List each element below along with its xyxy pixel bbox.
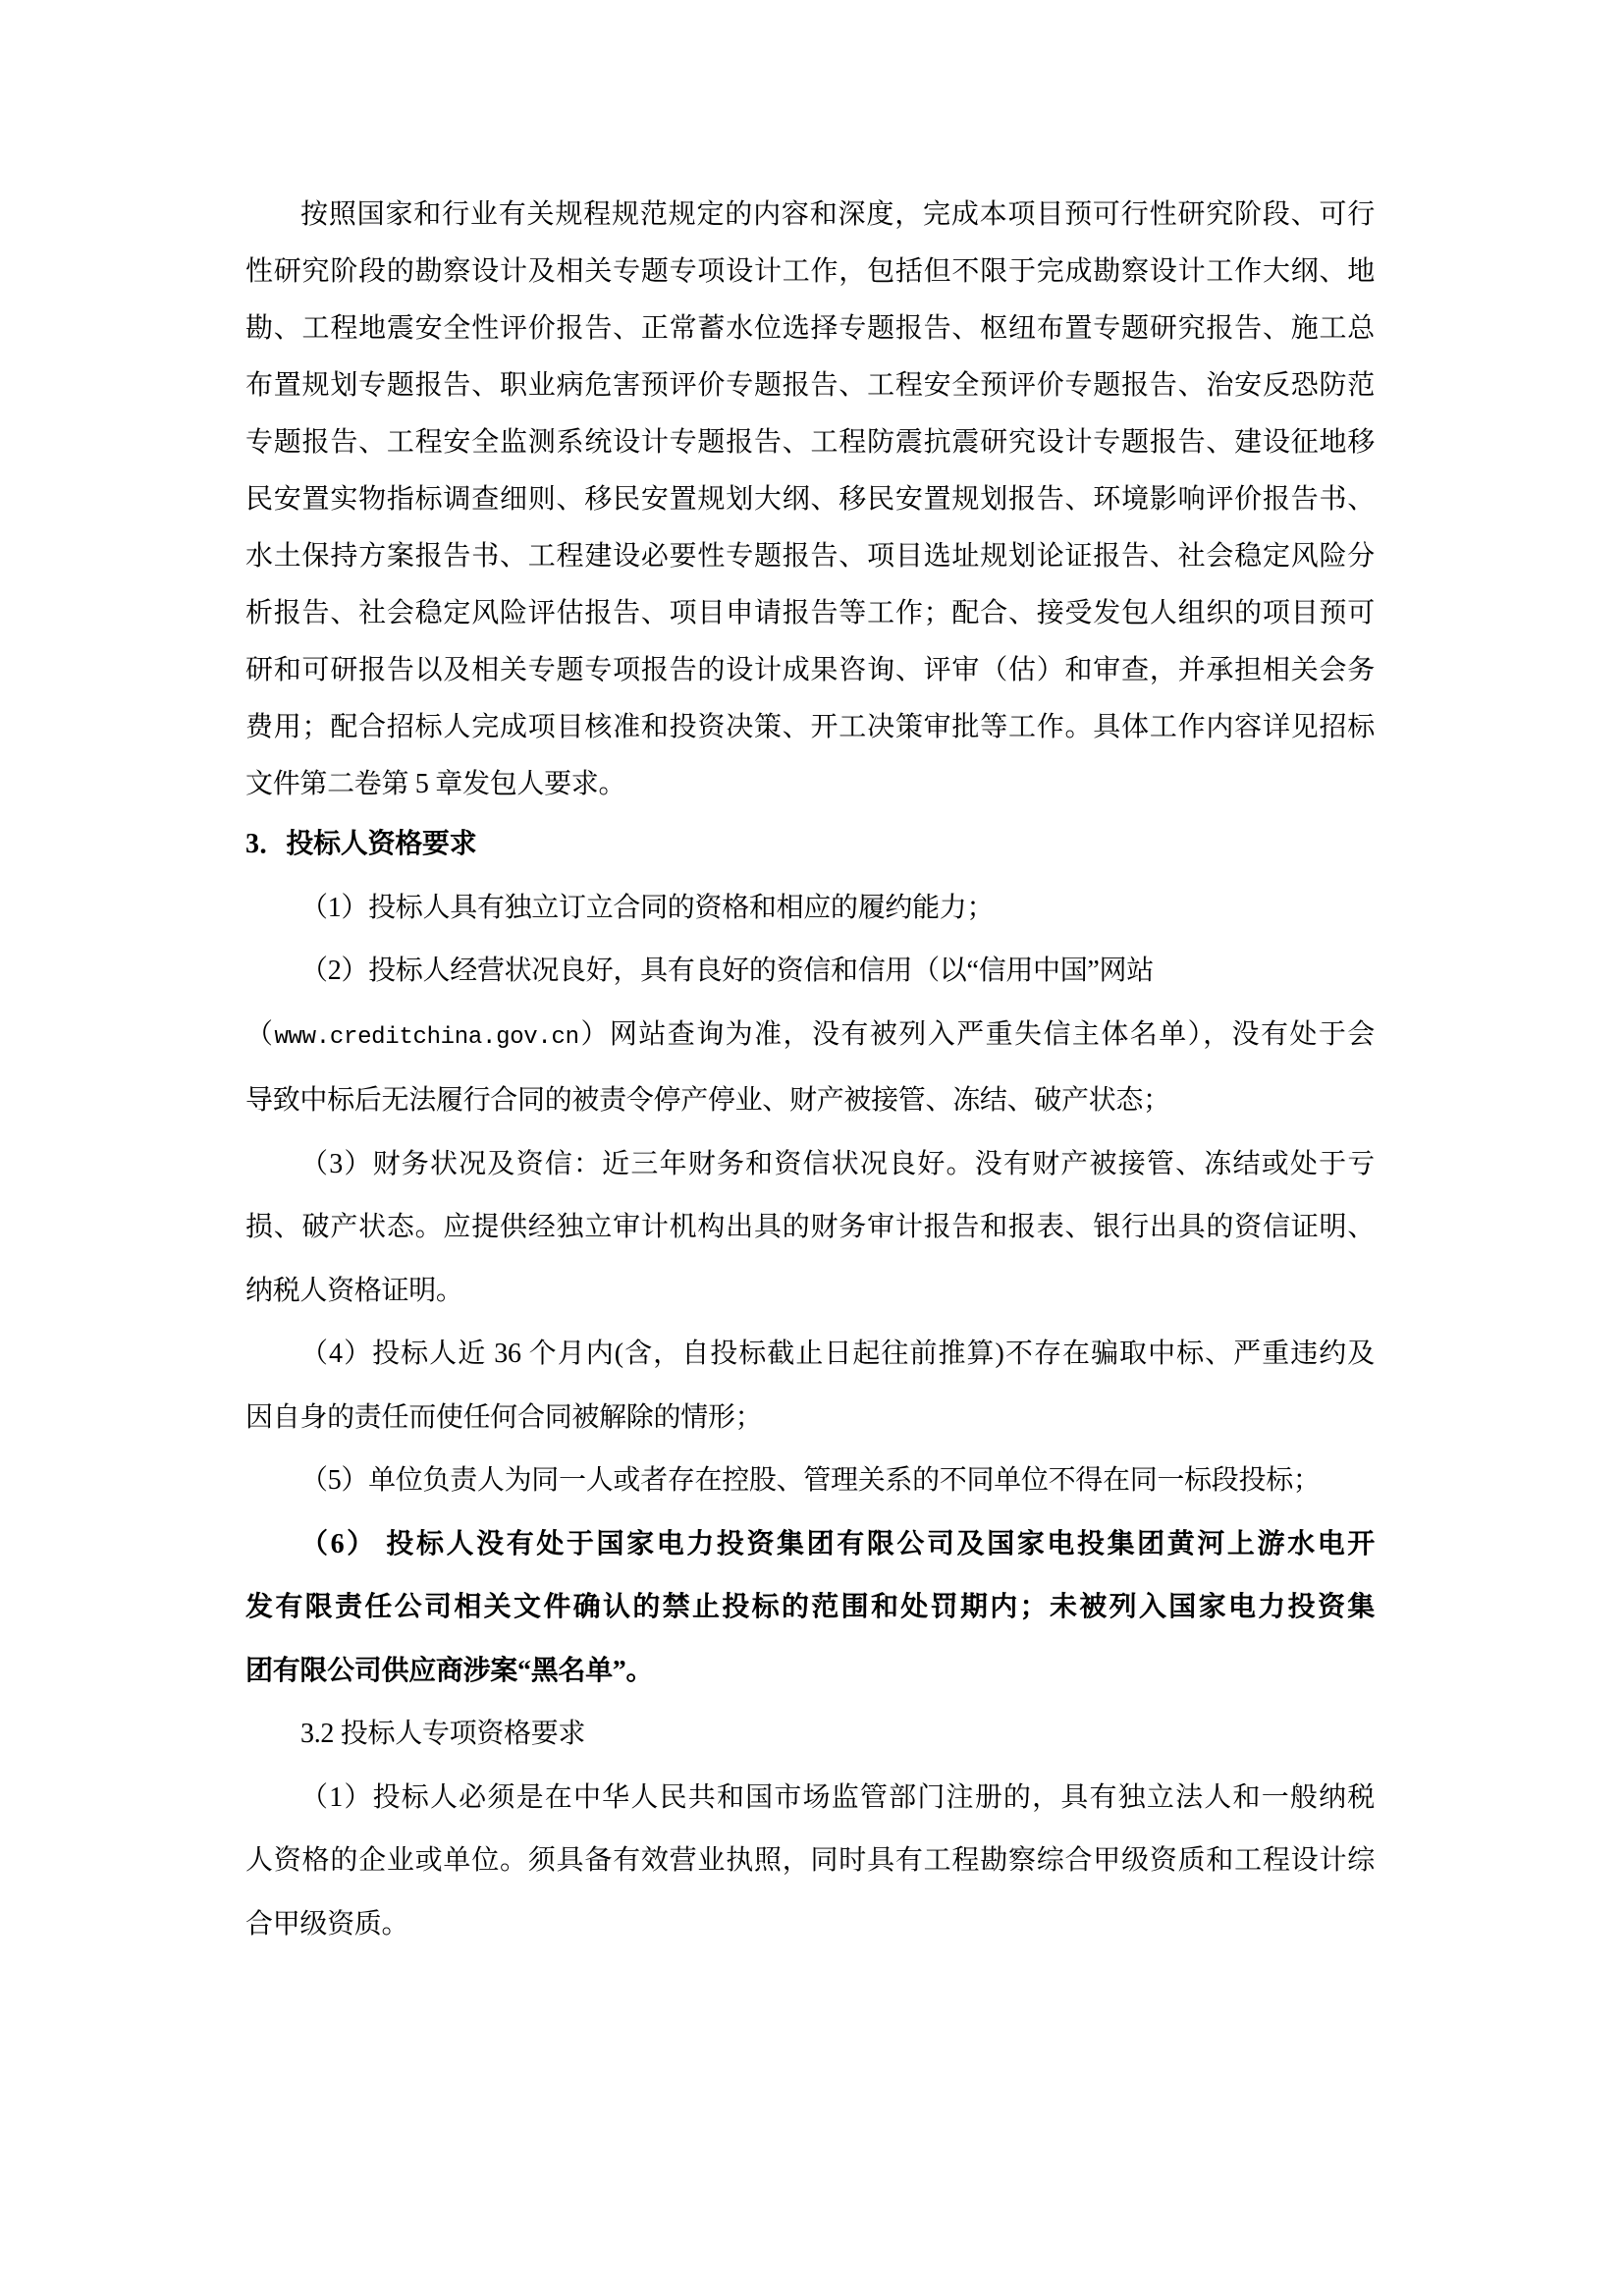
text-line: 布置规划专题报告、职业病危害预评价专题报告、工程安全预评价专题报告、治安反恐防范 xyxy=(245,357,1375,414)
text-line: 专题报告、工程安全监测系统设计专题报告、工程防震抗震研究设计专题报告、建设征地移 xyxy=(245,414,1375,471)
item-3-line: 损、破产状态。应提供经独立审计机构出具的财务审计报告和报表、银行出具的资信证明、 xyxy=(245,1196,1375,1260)
item-3-2-1-line: （1）投标人必须是在中华人民共和国市场监管部门注册的，具有独立法人和一般纳税 xyxy=(245,1767,1375,1831)
text-line: 研和可研报告以及相关专题专项报告的设计成果咨询、评审（估）和审查，并承担相关会务 xyxy=(245,642,1375,699)
text-line: 勘、工程地震安全性评价报告、正常蓄水位选择专题报告、枢纽布置专题研究报告、施工总 xyxy=(245,301,1375,357)
item-3-2-1-line: 人资格的企业或单位。须具备有效营业执照，同时具有工程勘察综合甲级资质和工程设计综 xyxy=(245,1830,1375,1893)
text-line: 费用；配合招标人完成项目核准和投资决策、开工决策审批等工作。具体工作内容详见招标 xyxy=(245,699,1375,756)
item-3-line: （3）财务状况及资信：近三年财务和资信状况良好。没有财产被接管、冻结或处于亏 xyxy=(245,1133,1375,1197)
item-6-line: 发有限责任公司相关文件确认的禁止投标的范围和处罚期内；未被列入国家电力投资集 xyxy=(245,1576,1375,1640)
item-2-url-line: （www.creditchina.gov.cn）网站查询为准，没有被列入严重失信… xyxy=(245,1004,1375,1070)
text-line: 性研究阶段的勘察设计及相关专题专项设计工作，包括但不限于完成勘察设计工作大纲、地 xyxy=(245,244,1375,301)
item-1-line: （1）投标人具有独立订立合同的资格和相应的履约能力； xyxy=(245,877,1375,941)
document-page: 按照国家和行业有关规程规范规定的内容和深度，完成本项目预可行性研究阶段、可行 性… xyxy=(0,0,1623,2296)
text-line: 文件第二卷第 5 章发包人要求。 xyxy=(245,756,1375,813)
item-3-2-1-line: 合甲级资质。 xyxy=(245,1893,1375,1957)
item-3-line: 纳税人资格证明。 xyxy=(245,1260,1375,1324)
paragraph-scope-of-work: 按照国家和行业有关规程规范规定的内容和深度，完成本项目预可行性研究阶段、可行 性… xyxy=(245,187,1375,813)
item-2-line: （2）投标人经营状况良好，具有良好的资信和信用（以“信用中国”网站 xyxy=(245,940,1375,1004)
page-content: 按照国家和行业有关规程规范规定的内容和深度，完成本项目预可行性研究阶段、可行 性… xyxy=(245,187,1375,1956)
text-line: 民安置实物指标调查细则、移民安置规划大纲、移民安置规划报告、环境影响评价报告书、 xyxy=(245,471,1375,528)
item-4-line: （4）投标人近 36 个月内(含，自投标截止日起往前推算)不存在骗取中标、严重违… xyxy=(245,1323,1375,1387)
item-2-line: 导致中标后无法履行合同的被责令停产停业、财产被接管、冻结、破产状态； xyxy=(245,1069,1375,1133)
item-4-line: 因自身的责任而使任何合同被解除的情形； xyxy=(245,1387,1375,1450)
item-6-line: （6） 投标人没有处于国家电力投资集团有限公司及国家电投集团黄河上游水电开 xyxy=(245,1513,1375,1577)
credit-china-url: www.creditchina.gov.cn xyxy=(274,1024,578,1051)
open-paren: （ xyxy=(245,1019,274,1050)
item-5-line: （5）单位负责人为同一人或者存在控股、管理关系的不同单位不得在同一标段投标； xyxy=(245,1449,1375,1513)
item-2-url-line-tail: ）网站查询为准，没有被列入严重失信主体名单），没有处于会 xyxy=(579,1019,1375,1050)
section-3-heading: 3．投标人资格要求 xyxy=(245,813,1375,877)
text-line: 水土保持方案报告书、工程建设必要性专题报告、项目选址规划论证报告、社会稳定风险分 xyxy=(245,528,1375,585)
text-line: 析报告、社会稳定风险评估报告、项目申请报告等工作；配合、接受发包人组织的项目预可 xyxy=(245,585,1375,642)
text-line: 按照国家和行业有关规程规范规定的内容和深度，完成本项目预可行性研究阶段、可行 xyxy=(245,187,1375,244)
section-bidder-qualifications: 3．投标人资格要求 （1）投标人具有独立订立合同的资格和相应的履约能力； （2）… xyxy=(245,813,1375,1956)
section-3-2-heading: 3.2 投标人专项资格要求 xyxy=(245,1703,1375,1767)
item-6-line: 团有限公司供应商涉案“黑名单”。 xyxy=(245,1640,1375,1704)
